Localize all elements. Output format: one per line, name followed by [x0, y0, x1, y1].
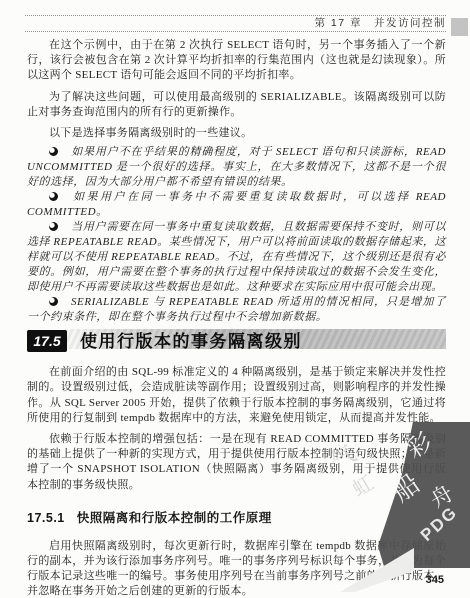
- page-header: 第 17 章 并发访问控制: [25, 15, 446, 32]
- section-heading-17-5: 17.5 使用行版本的事务隔离级别: [27, 329, 446, 356]
- bullet-icon: [49, 297, 58, 306]
- isolation-level-suggestion-list: 如果用户不在乎结果的精确程度，对于 SELECT 语句和只读游标，READ UN…: [27, 145, 446, 325]
- list-item: 如果用户不在乎结果的精确程度，对于 SELECT 语句和只读游标，READ UN…: [27, 145, 446, 190]
- header-bottom-rule: [25, 31, 446, 32]
- list-item: SERIALIZABLE 与 REPEATABLE READ 所适用的情况相同，…: [27, 295, 446, 325]
- chapter-header-title: 第 17 章 并发访问控制: [25, 16, 446, 31]
- subsection-heading-17-5-1: 17.5.1快照隔离和行版本控制的工作原理: [27, 508, 446, 526]
- section-title: 使用行版本的事务隔离级别: [80, 329, 302, 355]
- page-number: 345: [426, 574, 444, 586]
- chapter-edge-tab: [451, 18, 468, 36]
- watermark-pdg-label: PDG: [417, 502, 462, 546]
- list-item: 当用户需要在同一事务中重复读取数据，且数据需要保持不变时，则可以选择 REPEA…: [27, 220, 446, 295]
- bullet-icon: [49, 147, 58, 156]
- page-content: 在这个示例中，由于在第 2 次执行 SELECT 语句时，另一个事务插入了一个新…: [27, 38, 446, 598]
- list-item-text: SERIALIZABLE 与 REPEATABLE READ 所适用的情况相同，…: [27, 296, 446, 323]
- paragraph-suggestions-intro: 以下是选择事务隔离级别时的一些建议。: [27, 126, 446, 141]
- paragraph-row-version-enhancements: 依赖于行版本控制的增强包括：一是在现有 READ COMMITTED 事务隔离级…: [27, 432, 446, 493]
- list-item-text: 当用户需要在同一事务中重复读取数据，且数据需要保持不变时，则可以选择 REPEA…: [27, 221, 446, 293]
- paragraph-phantom-read-example: 在这个示例中，由于在第 2 次执行 SELECT 语句时，另一个事务插入了一个新…: [27, 38, 446, 84]
- list-item-text: 如果用户在同一事务中不需要重复读取数据时，可以选择 READ COMMITTED…: [27, 191, 446, 218]
- bullet-icon: [49, 222, 58, 231]
- book-page: 第 17 章 并发访问控制 在这个示例中，由于在第 2 次执行 SELECT 语…: [0, 0, 470, 598]
- list-item: 如果用户在同一事务中不需要重复读取数据时，可以选择 READ COMMITTED…: [27, 190, 446, 220]
- subsection-number: 17.5.1: [27, 511, 65, 525]
- subsection-title: 快照隔离和行版本控制的工作原理: [77, 511, 272, 525]
- list-item-text: 如果用户不在乎结果的精确程度，对于 SELECT 语句和只读游标，READ UN…: [27, 146, 446, 188]
- section-number-badge: 17.5: [27, 330, 67, 352]
- paragraph-serializable: 为了解决这些问题，可以使用最高级别的 SERIALIZABLE。该隔离级别可以防…: [27, 90, 446, 120]
- paragraph-sql99-levels: 在前面介绍的由 SQL-99 标准定义的 4 种隔离级别，是基于锁定来解决并发性…: [27, 365, 446, 426]
- bullet-icon: [49, 192, 58, 201]
